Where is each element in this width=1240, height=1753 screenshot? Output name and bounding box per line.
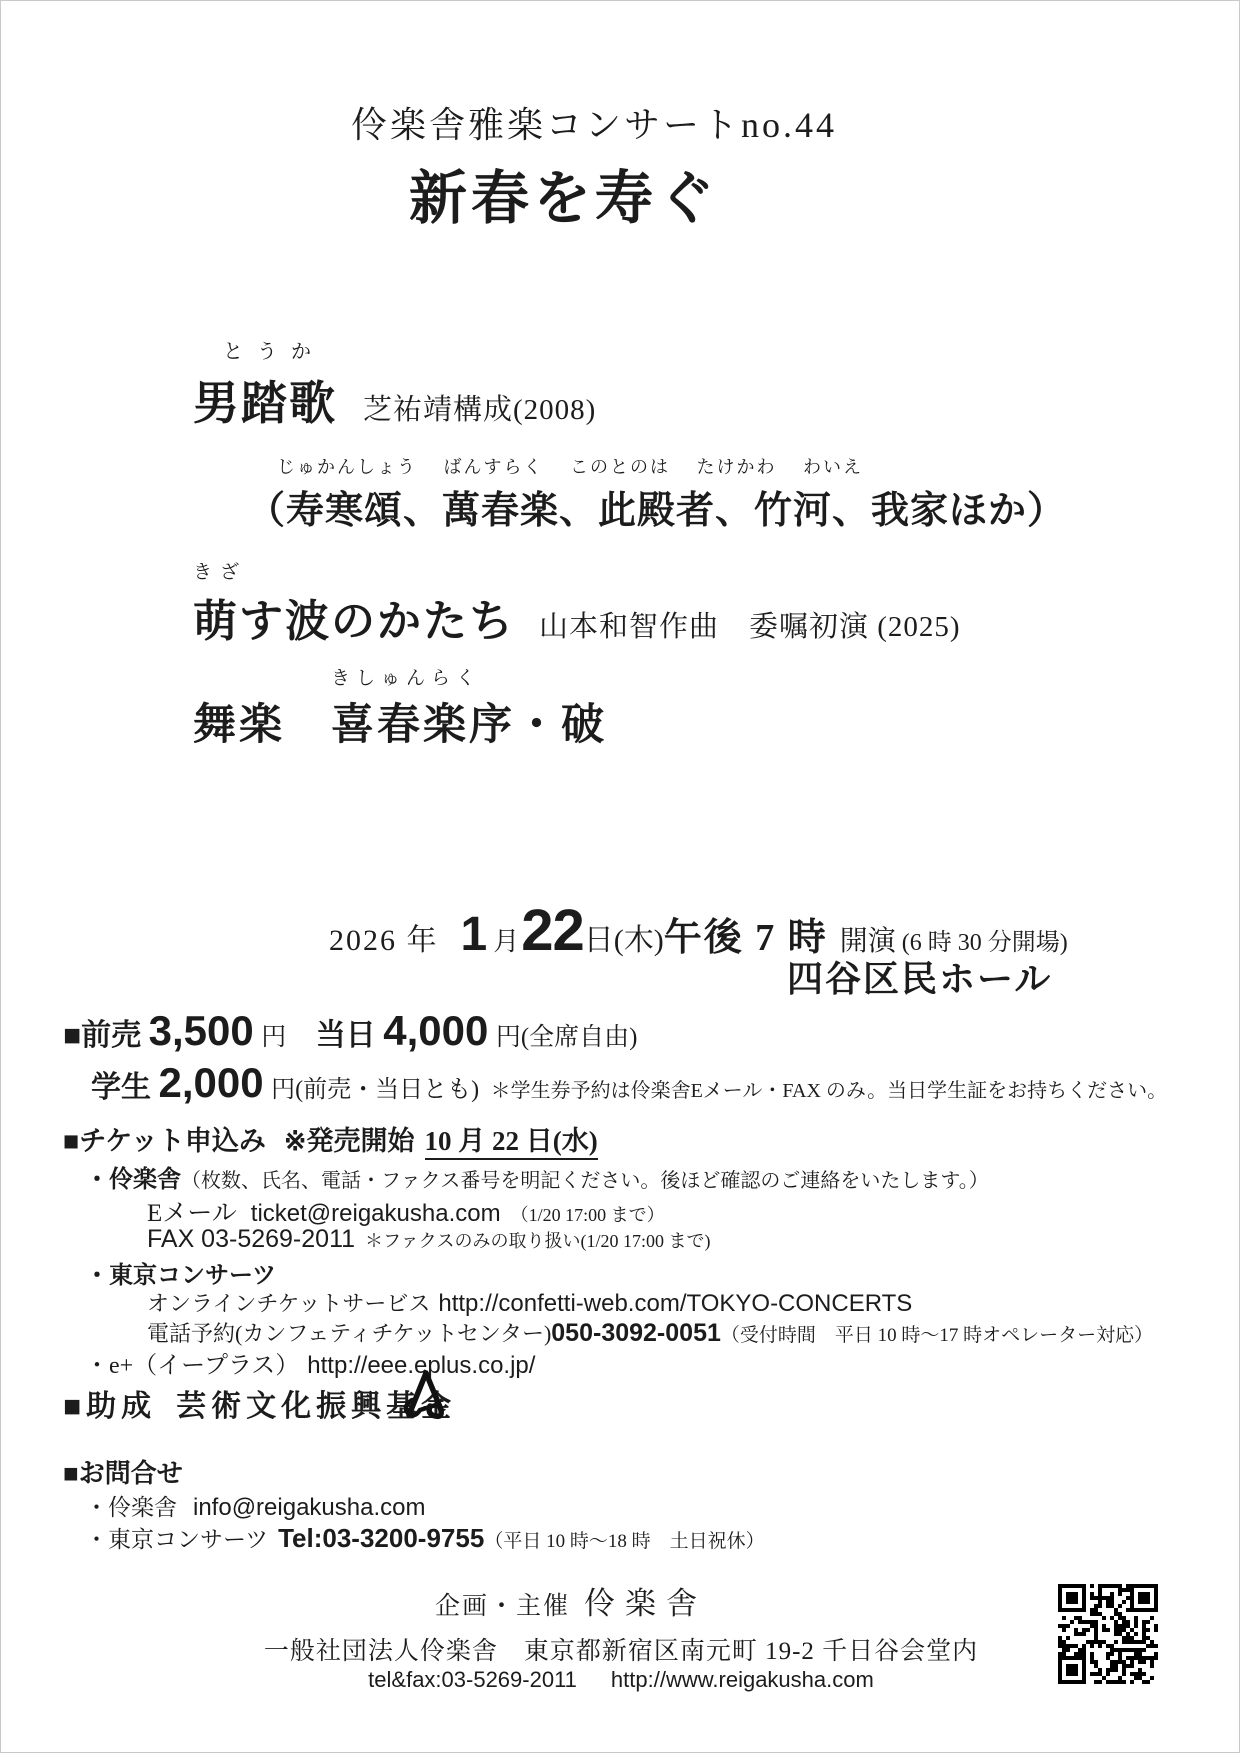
ticket-eplus-label: ・e+（イープラス） [85,1353,299,1379]
event-month-number: 1 [461,908,488,961]
program-item1: 男踏歌芝祐靖構成(2008) [193,367,596,433]
ticket-reigakusha-line: ・伶楽舎（枚数、氏名、電話・ファクス番号を明記ください。後ほど確認のご連絡をいた… [85,1159,989,1194]
ticket-fax-number: FAX 03-5269-2011 [147,1225,355,1253]
ticket-email-line: Eメールticket@reigakusha.com（1/20 17:00 まで） [147,1193,665,1229]
event-venue: 四谷区民ホール [787,951,1052,1002]
contact-tokyo-concerts-line: ・東京コンサーツTel:03-3200-9755（平日 10 時〜18 時 土日… [85,1521,765,1554]
ticket-heading-line: ■チケット申込み※発売開始10 月 22 日(水) [63,1119,598,1158]
ticket-fax-note: ＊ファクスのみの取り扱い(1/20 17:00 まで) [365,1231,710,1251]
organizer-label: 企画・主催 [435,1593,570,1620]
program-item1-sub-furigana: じゅかんしょう ばんすらく このとのは たけかわ わいえ [277,453,863,479]
program-item2: 萌す波のかたち山本和智作曲 委嘱初演 (2025) [193,585,961,649]
series-title: 伶楽舎雅楽コンサートno.44 [351,97,837,148]
price-line: ■前売 3,500 円 当日 4,000 円(全席自由) [63,1007,638,1055]
ticket-phone-line: 電話予約(カンフェティチケットセンター)050-3092-0051（受付時間 平… [147,1317,1153,1348]
contact-tokyo-concerts-tel: Tel:03-3200-9755 [278,1523,484,1553]
contact-reigakusha-label: ・伶楽舎 [85,1495,177,1520]
contact-reigakusha-email[interactable]: info@reigakusha.com [193,1494,425,1521]
student-price-value: 2,000 [159,1059,264,1106]
program-item3-furigana: きしゅんらく [331,663,481,690]
footer-telfax-line: tel&fax:03-5269-2011http://www.reigakush… [1,1667,1240,1693]
organizer-line: 企画・主催伶楽舎 [1,1578,1141,1623]
door-price-label: 当日 [316,1019,376,1052]
event-day-number: 22 [521,898,584,963]
event-month-label: 月 [493,927,519,956]
door-price-value: 4,000 [383,1007,488,1054]
flyer-page: 伶楽舎雅楽コンサートno.44 新春を寿ぐ とうか 男踏歌芝祐靖構成(2008)… [0,0,1240,1753]
footer-telfax: tel&fax:03-5269-2011 [368,1667,577,1692]
advance-price-label: ■前売 [63,1019,141,1052]
grant-heading: ■助成 [63,1390,156,1423]
japan-arts-fund-logo-icon [399,1369,451,1427]
program-item1-subtitle: （寿寒頌、萬春楽、此殿者、竹河、我家ほか） [247,479,1066,534]
ticket-phone-number: 050-3092-0051 [551,1319,721,1347]
program-item1-title: 男踏歌 [193,378,337,429]
program-item2-credit: 山本和智作曲 委嘱初演 (2025) [539,611,961,643]
student-price-unit: 円(前売・当日とも) [271,1077,479,1103]
ticket-online-url[interactable]: http://confetti-web.com/TOKYO-CONCERTS [438,1290,912,1317]
qr-code [1058,1584,1158,1684]
organizer-name: 伶楽舎 [584,1586,707,1621]
footer-address: 一般社団法人伶楽舎 東京都新宿区南元町 19-2 千日谷会堂内 [1,1631,1240,1667]
ticket-reigakusha-note: （枚数、氏名、電話・ファクス番号を明記ください。後ほど確認のご連絡をいたします。… [181,1170,989,1192]
ticket-sale-start-date: 10 月 22 日(水) [425,1126,598,1160]
event-day-label: 日(木) [584,924,664,957]
contact-tokyo-concerts-note: （平日 10 時〜18 時 土日祝休） [484,1531,764,1552]
ticket-email-note: （1/20 17:00 まで） [511,1205,665,1225]
grant-line: ■助成芸術文化振興基金 [63,1381,456,1425]
ticket-reigakusha-label: ・伶楽舎 [85,1167,181,1193]
program-item2-title: 萌す波のかたち [193,597,515,646]
ticket-tokyo-concerts-label: ・東京コンサーツ [85,1255,276,1290]
program-item2-furigana: きざ [193,557,247,584]
ticket-heading: ■チケット申込み [63,1126,266,1156]
ticket-fax-line: FAX 03-5269-2011＊ファクスのみの取り扱い(1/20 17:00 … [147,1225,710,1254]
ticket-email-address[interactable]: ticket@reigakusha.com [251,1200,501,1227]
advance-price-unit: 円 [261,1024,286,1051]
door-price-unit: 円(全席自由) [496,1024,638,1051]
footer-website[interactable]: http://www.reigakusha.com [611,1667,874,1692]
ticket-phone-label: 電話予約(カンフェティチケットセンター) [147,1321,551,1346]
student-price-note: ＊学生券予約は伶楽舎Eメール・FAX のみ。当日学生証をお持ちください。 [491,1080,1168,1102]
advance-price-value: 3,500 [149,1007,254,1054]
ticket-phone-note: （受付時間 平日 10 時〜17 時オペレーター対応） [721,1325,1153,1346]
program-item1-credit: 芝祐靖構成(2008) [363,394,596,426]
ticket-eplus-line: ・e+（イープラス）http://eee.eplus.co.jp/ [85,1345,535,1380]
ticket-email-label: Eメール [147,1200,237,1227]
contact-reigakusha-line: ・伶楽舎info@reigakusha.com [85,1489,425,1522]
student-price-line: 学生 2,000 円(前売・当日とも) ＊学生券予約は伶楽舎Eメール・FAX の… [91,1059,1167,1107]
page-title: 新春を寿ぐ [409,151,719,235]
ticket-sale-label: ※発売開始 [284,1126,415,1156]
contact-tokyo-concerts-label: ・東京コンサーツ [85,1527,268,1552]
program-item3-title: 舞楽 喜春楽序・破 [193,691,607,752]
program-item1-furigana: とうか [223,335,325,364]
ticket-online-line: オンラインチケットサービスhttp://confetti-web.com/TOK… [147,1287,912,1318]
event-year: 2026 年 [329,924,439,957]
contact-heading: ■お問合せ [63,1453,183,1490]
student-price-label: 学生 [91,1071,151,1104]
ticket-online-label: オンラインチケットサービス [147,1291,430,1316]
